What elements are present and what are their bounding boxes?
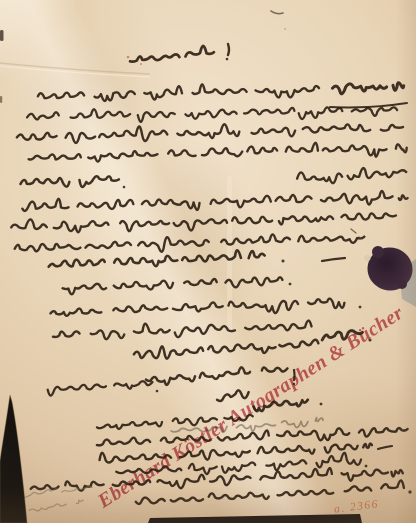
pencil-stroke <box>29 500 83 511</box>
red-speck <box>148 58 150 60</box>
handwriting-line <box>134 340 318 359</box>
date-signature-handwriting <box>48 367 323 411</box>
dash-stroke <box>322 258 345 261</box>
handwriting-line <box>11 213 396 232</box>
crease-lines <box>0 63 150 77</box>
exclamation-stroke <box>228 44 229 55</box>
handwriting-line <box>333 83 404 94</box>
postscript-handwriting <box>31 415 412 504</box>
handwriting-line <box>97 415 253 429</box>
handwriting-line <box>17 124 403 143</box>
ink-smudge <box>271 11 283 14</box>
ink-dot <box>226 58 229 61</box>
handwriting-line <box>29 143 407 162</box>
handwriting-line <box>100 444 372 463</box>
torn-corner-wedge <box>0 395 27 523</box>
ink-dot <box>369 339 372 342</box>
dash-stroke <box>378 446 392 449</box>
ink-dot <box>284 28 286 30</box>
letter-scan: Eberhard Köstler Autographen & Bücher <box>0 0 416 523</box>
handwriting-line <box>27 107 397 122</box>
edge-chip <box>0 30 4 41</box>
handwriting-line <box>22 191 407 211</box>
crease-highlight <box>0 66 150 77</box>
handwriting-line <box>130 46 214 62</box>
ink-specks <box>127 11 362 239</box>
handwriting-line <box>322 331 362 340</box>
handwriting-line <box>53 321 312 340</box>
body-handwriting <box>11 83 407 359</box>
handwriting-layer <box>0 0 416 523</box>
red-speck <box>140 63 142 65</box>
ink-dot <box>320 403 323 406</box>
handwriting-line <box>15 234 365 251</box>
handwriting-line <box>146 367 287 384</box>
exclamation-stroke <box>294 370 295 380</box>
ink-dot <box>293 383 295 385</box>
ink-dot <box>408 490 411 493</box>
paper-tear-background <box>0 30 362 523</box>
handwriting-line <box>38 84 319 101</box>
red-speck <box>127 56 130 59</box>
bottom-edge-strip <box>148 514 362 523</box>
ink-dot <box>365 465 368 468</box>
signature-flourish <box>254 400 308 411</box>
seal-edge-bump <box>372 246 384 258</box>
ink-dot <box>359 306 362 309</box>
ink-dot <box>156 390 159 393</box>
handwriting-line <box>49 250 265 266</box>
seal-edge-bump <box>397 279 407 289</box>
handwriting-line <box>51 299 345 316</box>
salutation-handwriting <box>130 44 229 62</box>
handwriting-line <box>297 168 406 183</box>
handwriting-line <box>21 176 119 187</box>
ink-dot <box>123 186 126 189</box>
handwriting-line <box>63 277 283 294</box>
handwriting-line <box>217 390 249 401</box>
seal-paper-chip <box>364 255 370 261</box>
handwriting-line <box>48 381 153 395</box>
ink-dot <box>289 283 292 286</box>
ink-dot <box>282 260 285 263</box>
edge-chip <box>0 96 2 103</box>
wax-seal-group <box>364 244 416 307</box>
